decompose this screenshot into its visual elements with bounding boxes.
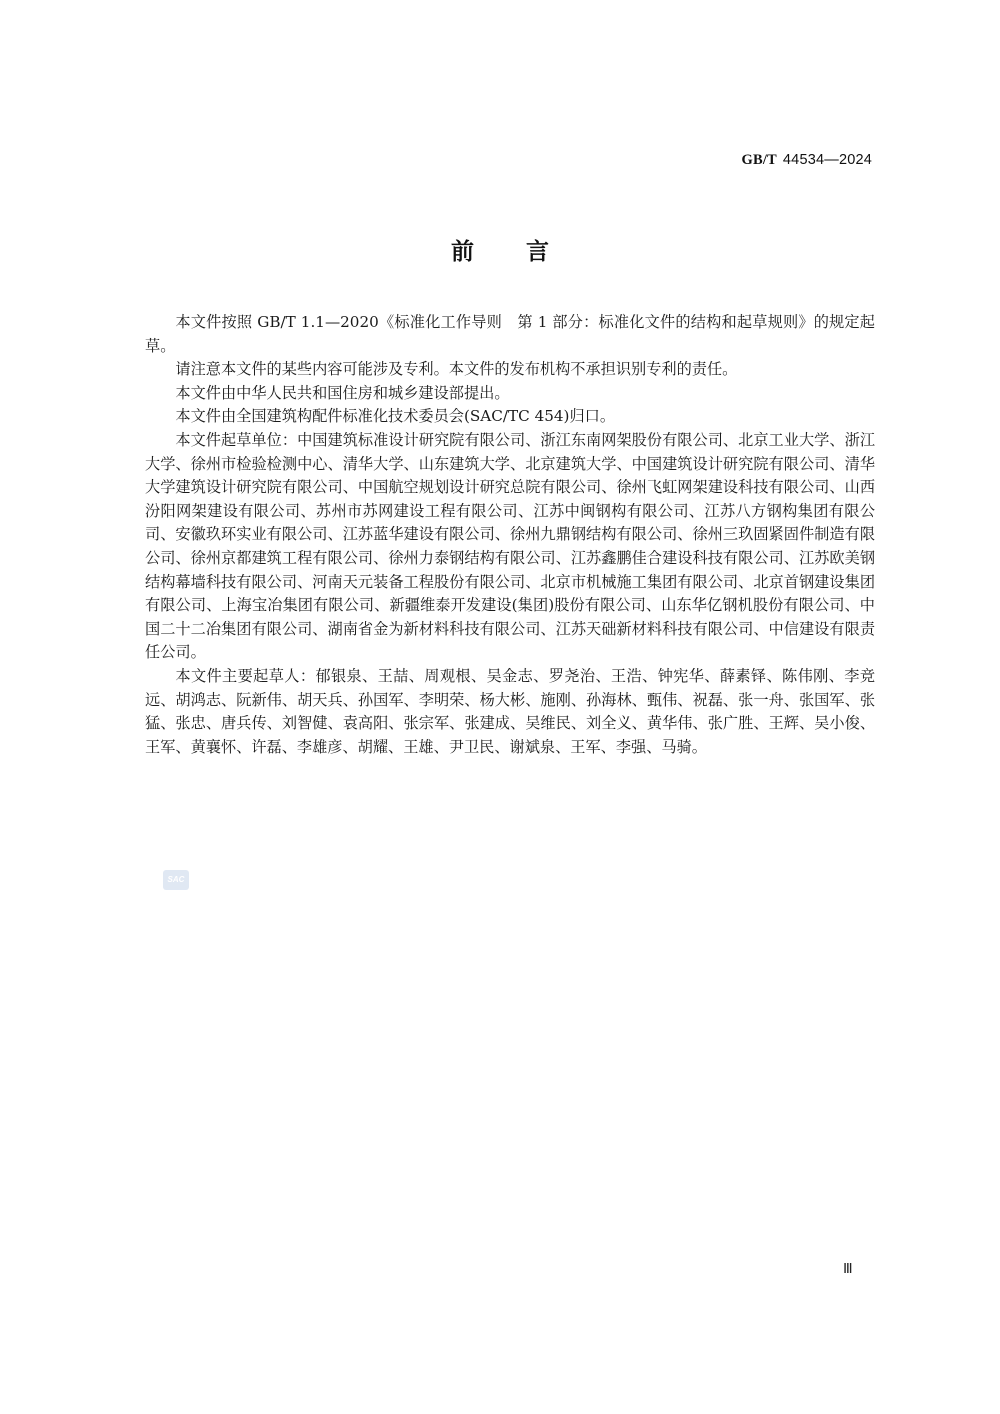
paragraph-drafting-rules: 本文件按照 GB/T 1.1—2020《标准化工作导则 第 1 部分：标准化文件… [145, 311, 875, 358]
standard-number: GB/T44534—2024 [741, 152, 872, 169]
standard-code: 44534—2024 [783, 152, 872, 168]
sac-watermark-logo: SAC [163, 870, 189, 890]
paragraph-patent-notice: 请注意本文件的某些内容可能涉及专利。本文件的发布机构不承担识别专利的责任。 [145, 358, 875, 382]
foreword-body: 本文件按照 GB/T 1.1—2020《标准化工作导则 第 1 部分：标准化文件… [145, 311, 875, 759]
paragraph-drafters: 本文件主要起草人：郁银泉、王喆、周观根、吴金志、罗尧治、王浩、钟宪华、薛素铎、陈… [145, 665, 875, 759]
paragraph-drafting-units: 本文件起草单位：中国建筑标准设计研究院有限公司、浙江东南网架股份有限公司、北京工… [145, 429, 875, 665]
page-title: 前言 [0, 233, 1000, 266]
paragraph-committee: 本文件由全国建筑构配件标准化技术委员会(SAC/TC 454)归口。 [145, 405, 875, 429]
paragraph-proposer: 本文件由中华人民共和国住房和城乡建设部提出。 [145, 382, 875, 406]
standard-prefix: GB/T [741, 152, 776, 168]
page-number: Ⅲ [843, 1261, 852, 1278]
